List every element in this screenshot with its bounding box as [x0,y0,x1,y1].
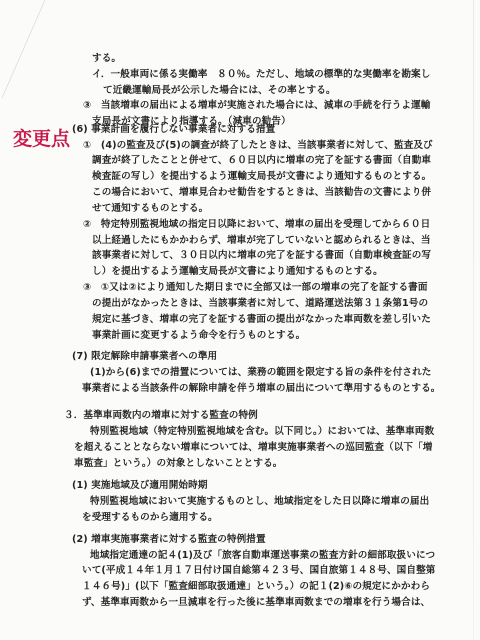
document-line: (6) 事業計画を履行しない事業者に対する措置 [72,124,275,136]
document-line: 特別監視地域（特定特別監視地域を含む。以下同じ。）においては、基準車両数 [90,426,434,438]
document-line: ② 特定特別監視地域の指定日以降において、増車の届出を受理してから６０日 [83,219,430,231]
document-line: (7) 限定解除申請事業者への準用 [72,351,217,363]
document-line: の提出がなかったときは、当該事業者に対して、道路運送法第３１条第1号の [92,298,428,310]
document-line: を受理するものから適用する。 [82,512,218,524]
document-line: 事業計画に変更するよう命令を行うものとする。 [92,330,305,342]
document-line: いて(平成１４年１月１７日付け国自総第４２３号、国自旅第１４８号、国自整第 [82,565,435,577]
document-line: イ．一般車両に係る実働率 ８０％。ただし、地域の標準的な実働率を勘案し [92,69,430,81]
document-line: ３．基準車両数内の増車に対する監査の特例 [64,410,258,422]
page-edge [473,0,474,640]
document-line: ① (4)の監査及び(5)の調査が終了したときは、当該事業者に対して、監査及び [83,140,433,152]
document-line: 特別監視地域において実施するものとし、地域指定をした日以降に増車の届出 [90,496,429,508]
document-line: 以上経過したにもかかわらず、増車が完了していないと認められるときは、当 [92,235,431,247]
document-line: 規定に基づき、増車の完了を証する書面の提出がなかった車両数を差し引いた [92,314,431,326]
document-line: 調査が終了したことと併せて、６０日以内に増車の完了を証する書面（自動車 [92,155,431,167]
document-line: 地域指定通達の記４(1)及び「旅客自動車運送事業の監査方針の細部取扱いにつ [90,550,435,562]
document-line: する。 [92,53,121,65]
document-line: 検査証の写し）を提出するよう運輸支局長が文書により通知するものとする。 [92,171,431,183]
document-line: ず、基準車両数から一旦減車を行った後に基準車両数までの増車を行う場合は、 [82,597,430,609]
document-line: を超えることとならない増車については、増車実施事業者への巡回監査（以下「増 [74,442,432,454]
document-line: し）を提出するよう運輸支局長が文書により通知するものとする。 [92,266,383,278]
change-point-label: 変更点 [13,127,70,151]
document-line: 事業者による当該条件の解除申請を伴う増車の届出について準用するものとする。 [82,383,440,395]
document-line: (1)から(6)までの措置については、業務の範囲を限定する旨の条件を付された [90,367,432,379]
document-line: 該事業者に対して、３０日以内に増車の完了を証する書面（自動車検査証の写 [92,250,431,262]
document-line: (2) 増車実施事業者に対する監査の特例措置 [72,534,266,546]
document-line: ③ ①又は②により通知した期日までに全部又は一部の増車の完了を証する書面 [83,282,428,294]
document-line: せて通知するものとする。 [92,203,208,215]
document-line: １４６号)」(以下「監査細部取扱通達」という。）の記１(2)⑥の規定にかかわら [82,581,430,593]
document-line: て近畿運輸局長が公示した場合には、その率とする。 [103,85,336,97]
document-line: (1) 実施地域及び適用開始時期 [72,480,208,492]
document-line: ③ 当該増車の届出による増車が実施された場合には、減車の手続を行うよ運輸 [83,100,431,112]
document-line: この場合において、増車見合わせ勧告をするときは、当該勧告の文書により併 [92,187,431,199]
scanned-document-page: 変更点 する。イ．一般車両に係る実働率 ８０％。ただし、地域の標準的な実働率を勘… [0,0,480,640]
document-line: 車監査」という。）の対象としないこととする。 [74,458,282,470]
